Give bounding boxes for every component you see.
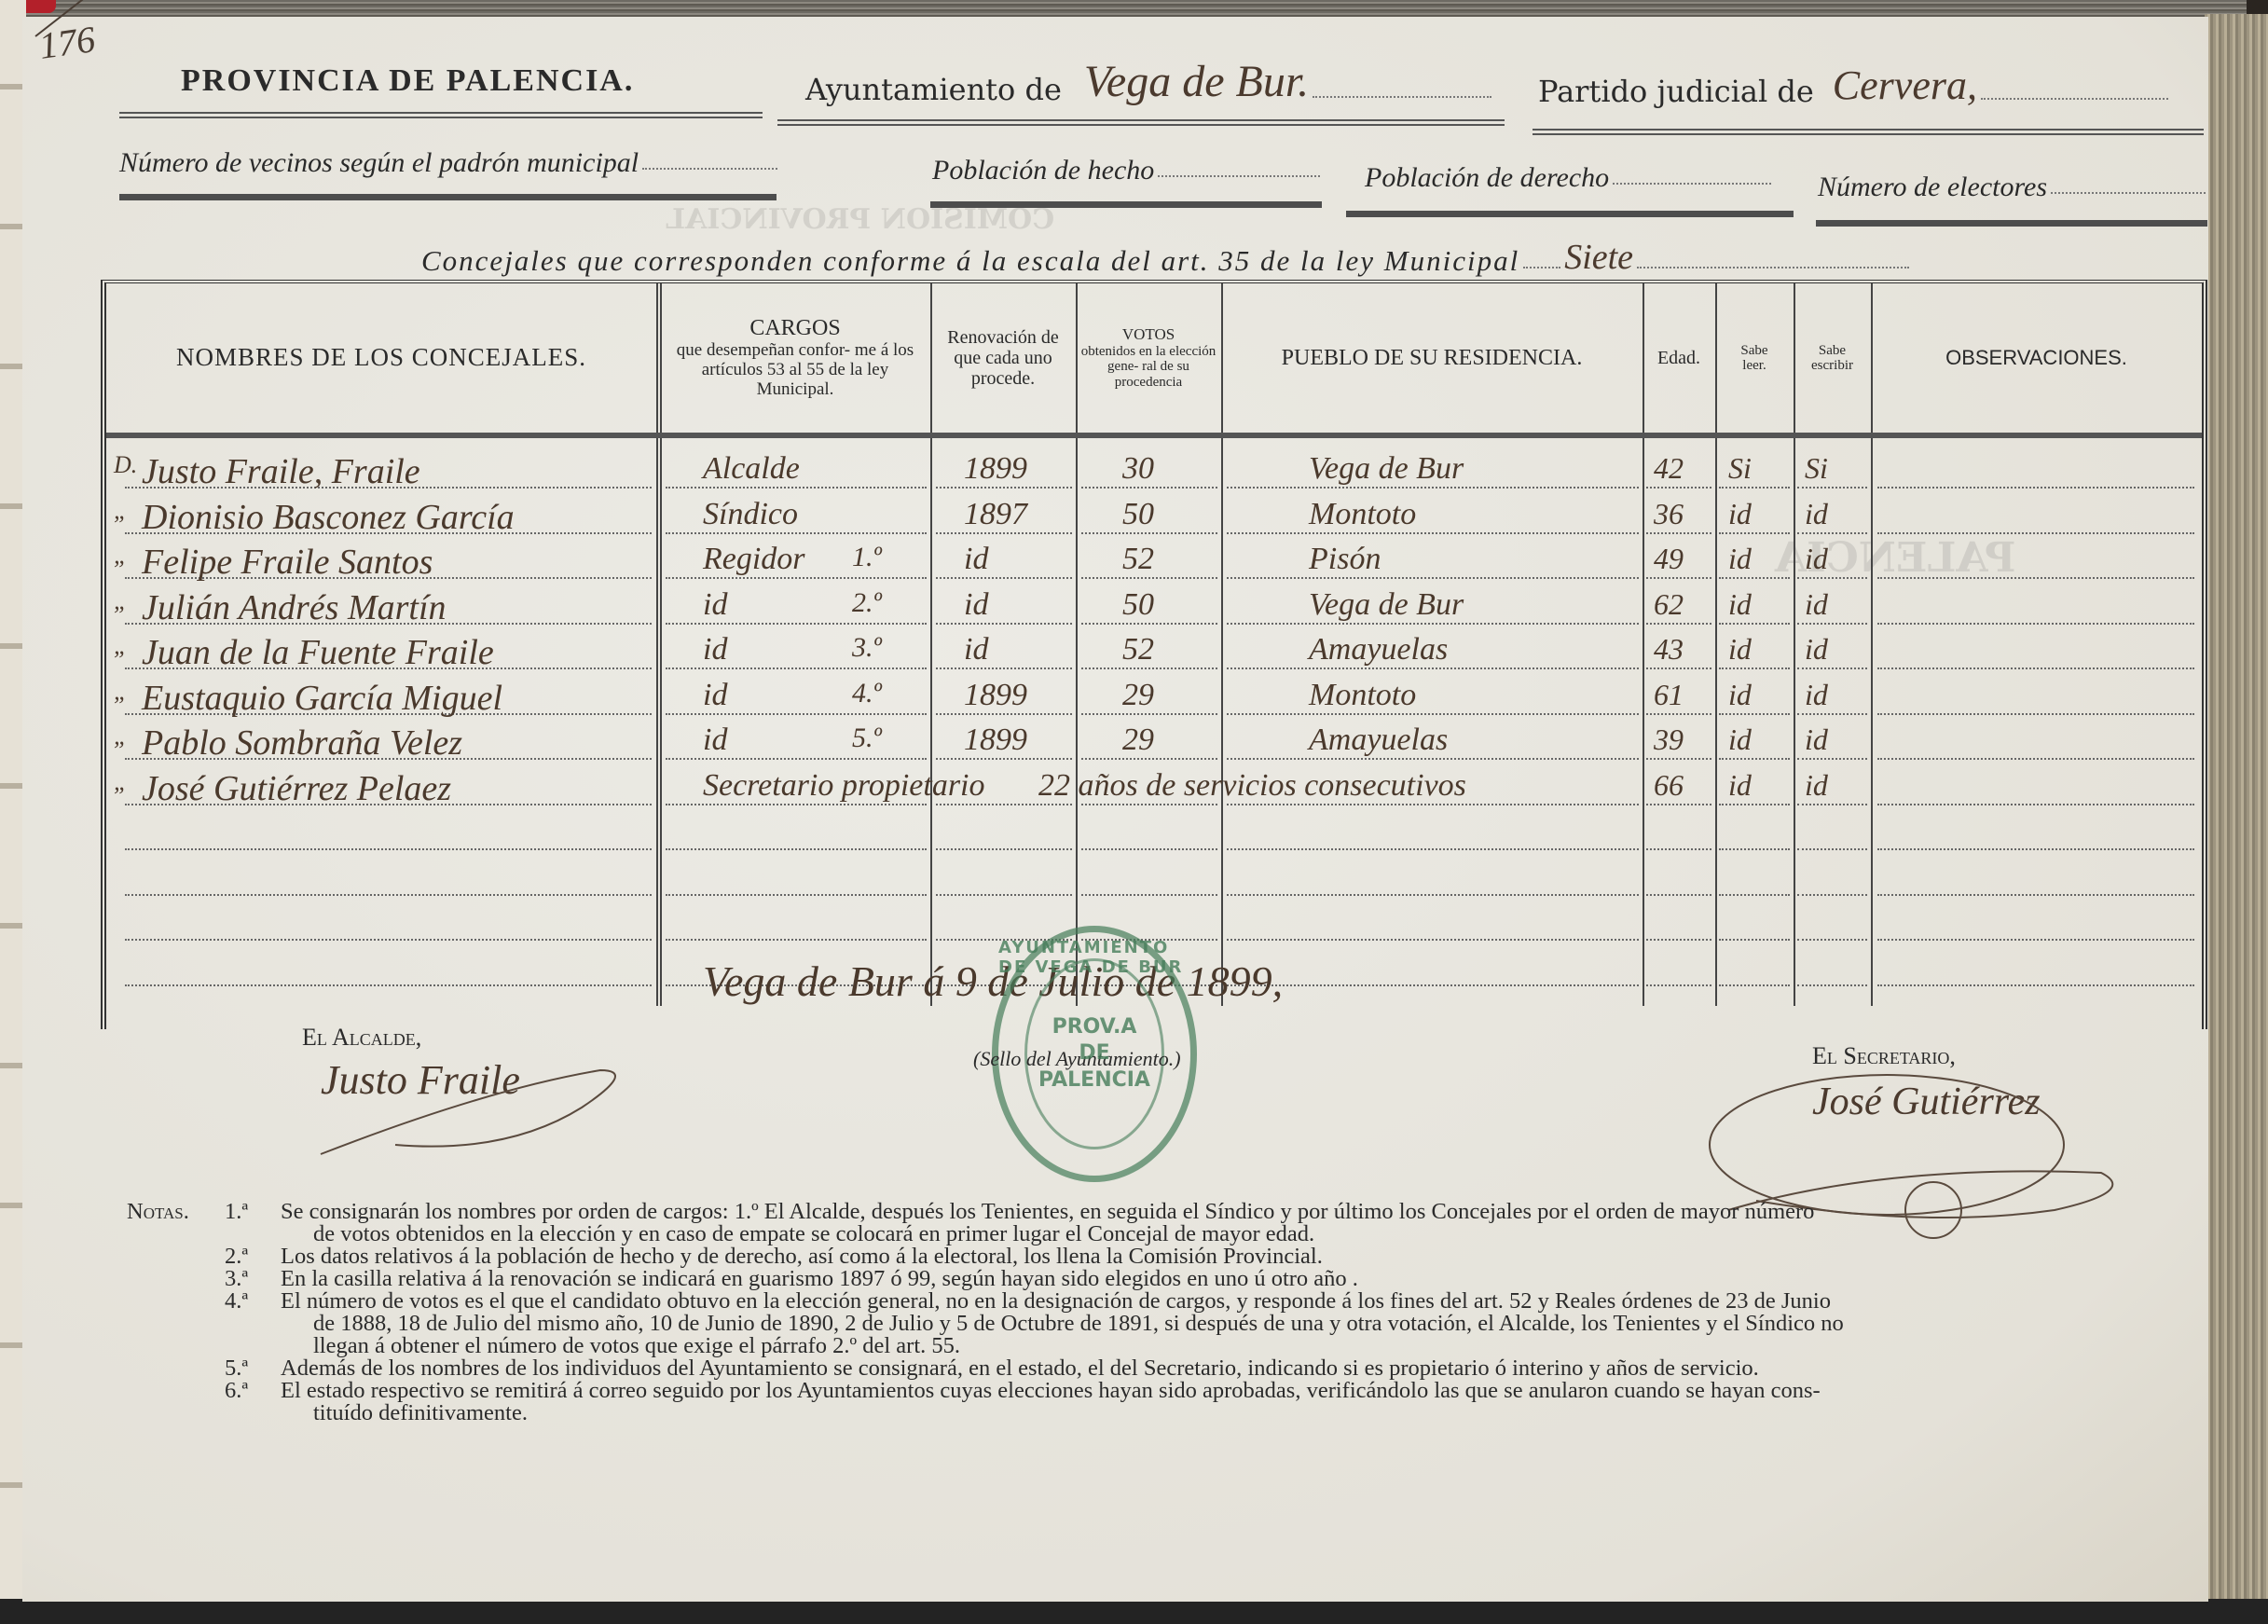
dotted-row-line [1646, 894, 1711, 896]
dotted-row-line [1877, 804, 2194, 805]
note-text: El número de votos es el que el candidat… [281, 1290, 2234, 1313]
ayuntamiento-label: Ayuntamiento de [805, 72, 1062, 107]
dotted-row-line [1719, 848, 1790, 850]
table-cell-renovacion: 1899 [964, 451, 1027, 487]
book-scan: COMISION PROVINCIAL PALENCIA 176 PROVINC… [0, 0, 2268, 1624]
dotted-leader [1637, 267, 1909, 268]
header-cargos-title: CARGOS [749, 316, 840, 340]
table-cell-leer: id [1728, 723, 1752, 757]
table-cell-escribir: id [1805, 723, 1828, 757]
rule [1533, 129, 2204, 135]
table-cell-prefix: „ [114, 632, 127, 660]
dotted-row-line [666, 487, 927, 489]
table-cell-nombre: Eustaquio García Miguel [142, 678, 502, 719]
concejales-table: NOMBRES DE LOS CONCEJALES. CARGOS que de… [101, 280, 2207, 1029]
note-item: 6.ªEl estado respectivo se remitirá á co… [127, 1380, 2234, 1402]
table-cell-leer: id [1728, 587, 1752, 622]
notes-heading [127, 1246, 225, 1268]
table-cell-edad: 42 [1654, 451, 1684, 486]
dotted-row-line [1877, 758, 2194, 760]
note-item: 3.ªEn la casilla relativa á la renovació… [127, 1268, 2234, 1290]
table-cell-pueblo: Pisón [1309, 542, 1381, 577]
dotted-row-line [1081, 804, 1217, 805]
stamp-line: PALENCIA [1038, 1067, 1150, 1094]
province-label: PROVINCIA DE PALENCIA. [181, 63, 634, 99]
table-cell-edad: 61 [1654, 678, 1684, 712]
table-cell-pueblo: Montoto [1309, 678, 1416, 713]
dotted-row-line [1877, 984, 2194, 986]
dotted-row-line [936, 894, 1072, 896]
table-cell-nombre: José Gutiérrez Pelaez [142, 768, 451, 809]
date-line: Vega de Bur á 9 de Julio de 1899, [703, 957, 1283, 1006]
dotted-row-line [1797, 984, 1867, 986]
dotted-row-line [1227, 848, 1639, 850]
table-cell-prefix: „ [114, 678, 127, 706]
dotted-row-line [1081, 532, 1217, 534]
dotted-leader [1523, 267, 1560, 268]
table-cell-pueblo: Vega de Bur [1309, 451, 1464, 487]
note-text: En la casilla relativa á la renovación s… [281, 1268, 2234, 1290]
dotted-row-line [936, 804, 1072, 805]
dotted-row-line [1081, 848, 1217, 850]
partido-label: Partido judicial de [1538, 74, 1814, 109]
dotted-leader [1981, 98, 2168, 100]
table-cell-cargo_num: 3.º [852, 632, 882, 664]
table-cell-nombre: Justo Fraile, Fraile [142, 451, 420, 492]
dotted-row-line [936, 713, 1072, 715]
dotted-row-line [936, 848, 1072, 850]
table-cell-leer: Si [1728, 451, 1752, 486]
dotted-row-line [1877, 577, 2194, 579]
dotted-row-line [1797, 623, 1867, 625]
ayuntamiento-value: Vega de Bur. [1084, 56, 1309, 107]
dotted-row-line [1797, 487, 1867, 489]
note-continuation: llegan á obtener el número de votos que … [127, 1335, 2234, 1357]
poblacion-hecho-label: Población de hecho [932, 155, 1154, 186]
dotted-row-line [1646, 532, 1711, 534]
rule [119, 112, 763, 118]
table-cell-cargo: Secretario propietario [703, 768, 985, 804]
table-cell-nombre: Dionisio Basconez García [142, 497, 515, 538]
table-cell-escribir: id [1805, 632, 1828, 667]
table-cell-leer: id [1728, 497, 1752, 531]
table-cell-renovacion: 1899 [964, 678, 1027, 713]
dotted-row-line [1719, 984, 1790, 986]
concejales-label: Concejales que corresponden conforme á l… [421, 244, 1519, 278]
table-cell-escribir: Si [1805, 451, 1828, 486]
note-item: 5.ªAdemás de los nombres de los individu… [127, 1357, 2234, 1380]
dotted-row-line [1797, 939, 1867, 941]
dotted-row-line [1646, 667, 1711, 669]
header-votos-title: VOTOS [1122, 326, 1175, 344]
dotted-row-line [1081, 667, 1217, 669]
note-number: 2.ª [225, 1246, 281, 1268]
dotted-row-line [1877, 623, 2194, 625]
table-cell-leer: id [1728, 632, 1752, 667]
dotted-leader [1613, 183, 1771, 185]
dotted-leader [2051, 192, 2206, 194]
alcalde-flourish-icon [302, 1052, 638, 1163]
stamp-ring-text: AYUNTAMIENTO DE VEGA DE BUR [998, 938, 1190, 977]
note-number: 6.ª [225, 1380, 281, 1402]
dotted-row-line [1227, 487, 1639, 489]
dotted-row-line [1719, 894, 1790, 896]
stamp-center: PROV.A DE PALENCIA [1038, 1014, 1150, 1094]
dotted-row-line [936, 532, 1072, 534]
notes-heading [127, 1268, 225, 1290]
poblacion-derecho-label: Población de derecho [1365, 162, 1609, 194]
dotted-row-line [1719, 667, 1790, 669]
notes-heading: Notas. [127, 1201, 225, 1223]
note-item: 2.ªLos datos relativos á la población de… [127, 1246, 2234, 1268]
header-rule [106, 433, 2202, 438]
dotted-row-line [1227, 758, 1639, 760]
dotted-row-line [1081, 487, 1217, 489]
note-item: 4.ªEl número de votos es el que el candi… [127, 1290, 2234, 1313]
dotted-row-line [125, 848, 652, 850]
header-votos: VOTOS obtenidos en la elección gene- ral… [1076, 283, 1221, 433]
table-cell-cargo: id [703, 678, 727, 713]
table-cell-renovacion: 22 años de servicios consecutivos [1038, 768, 1466, 804]
dotted-row-line [936, 623, 1072, 625]
dotted-row-line [1877, 487, 2194, 489]
dotted-row-line [666, 577, 927, 579]
table-cell-cargo_num: 1.º [852, 542, 882, 573]
dotted-row-line [1719, 487, 1790, 489]
note-number: 5.ª [225, 1357, 281, 1380]
dotted-leader [642, 168, 777, 170]
dotted-row-line [1646, 848, 1711, 850]
dotted-row-line [936, 487, 1072, 489]
dotted-row-line [666, 667, 927, 669]
table-cell-votos: 52 [1122, 542, 1154, 577]
table-cell-prefix: „ [114, 723, 127, 750]
dotted-row-line [936, 667, 1072, 669]
rule [119, 194, 777, 200]
table-cell-nombre: Felipe Fraile Santos [142, 542, 433, 583]
dotted-row-line [1797, 577, 1867, 579]
table-cell-leer: id [1728, 768, 1752, 803]
table-cell-escribir: id [1805, 542, 1828, 576]
table-cell-leer: id [1728, 678, 1752, 712]
dotted-row-line [1081, 894, 1217, 896]
table-cell-cargo_num: 2.º [852, 587, 882, 619]
dotted-row-line [1227, 804, 1639, 805]
table-cell-cargo: Alcalde [703, 451, 800, 487]
table-cell-prefix: „ [114, 497, 127, 525]
dotted-row-line [1646, 984, 1711, 986]
table-cell-pueblo: Amayuelas [1309, 632, 1448, 667]
province-title: PROVINCIA DE PALENCIA. [181, 63, 634, 99]
table-cell-prefix: „ [114, 768, 127, 796]
dotted-row-line [1877, 848, 2194, 850]
table-cell-leer: id [1728, 542, 1752, 576]
ayuntamiento-field: Ayuntamiento de Vega de Bur. [805, 56, 1495, 107]
note-text: El estado respectivo se remitirá á corre… [281, 1380, 2234, 1402]
header-observaciones: OBSERVACIONES. [1871, 283, 2202, 433]
folio-number: 176 [36, 17, 98, 68]
dotted-row-line [936, 758, 1072, 760]
table-cell-edad: 43 [1654, 632, 1684, 667]
dotted-row-line [1227, 532, 1639, 534]
header-edad: Edad. [1643, 283, 1715, 433]
dotted-row-line [1877, 894, 2194, 896]
notes-section: Notas.1.ªSe consignarán los nombres por … [127, 1201, 2234, 1424]
dotted-row-line [1797, 758, 1867, 760]
dotted-row-line [1877, 667, 2194, 669]
partido-value: Cervera, [1833, 62, 1977, 109]
note-number: 3.ª [225, 1268, 281, 1290]
table-cell-edad: 62 [1654, 587, 1684, 622]
table-cell-nombre: Julián Andrés Martín [142, 587, 447, 628]
note-continuation: de 1888, 18 de Julio del mismo año, 10 d… [127, 1313, 2234, 1335]
vecinos-field: Número de vecinos según el padrón munici… [119, 147, 781, 179]
table-cell-prefix: „ [114, 587, 127, 615]
table-cell-cargo: id [703, 632, 727, 667]
partido-field: Partido judicial de Cervera, [1538, 62, 2172, 109]
dotted-row-line [1877, 939, 2194, 941]
note-text: Se consignarán los nombres por orden de … [281, 1201, 2234, 1223]
dotted-leader [1313, 96, 1491, 98]
dotted-row-line [125, 894, 652, 896]
note-continuation: de votos obtenidos en la elección y en c… [127, 1223, 2234, 1246]
notes-heading [127, 1290, 225, 1313]
dotted-row-line [666, 713, 927, 715]
notes-heading [127, 1380, 225, 1402]
dotted-row-line [1081, 758, 1217, 760]
table-cell-edad: 36 [1654, 497, 1684, 531]
table-cell-prefix: „ [114, 542, 127, 570]
dotted-row-line [666, 848, 927, 850]
dotted-row-line [1719, 804, 1790, 805]
dotted-row-line [1797, 804, 1867, 805]
dotted-row-line [1227, 894, 1639, 896]
concejales-value: Siete [1564, 237, 1633, 278]
table-cell-cargo: id [703, 723, 727, 758]
table-cell-renovacion: id [964, 542, 988, 577]
dotted-row-line [1646, 758, 1711, 760]
dotted-row-line [936, 577, 1072, 579]
note-continuation: tituído definitivamente. [127, 1402, 2234, 1424]
header-nombres: NOMBRES DE LOS CONCEJALES. [106, 283, 656, 433]
bleed-through-text: COMISION PROVINCIAL [666, 203, 1054, 236]
vecinos-label: Número de vecinos según el padrón munici… [119, 147, 639, 179]
header-sabe-escribir: Sabe escribir [1794, 283, 1871, 433]
table-cell-escribir: id [1805, 768, 1828, 803]
header-votos-sub: obtenidos en la elección gene- ral de su… [1076, 344, 1221, 391]
dotted-row-line [666, 532, 927, 534]
table-cell-cargo: Síndico [703, 497, 798, 532]
dotted-row-line [1227, 713, 1639, 715]
dotted-row-line [1719, 577, 1790, 579]
electores-label: Número de electores [1818, 172, 2047, 203]
dotted-row-line [666, 939, 927, 941]
dotted-row-line [1081, 713, 1217, 715]
electores-field: Número de electores [1818, 172, 2209, 203]
dotted-row-line [1227, 984, 1639, 986]
dotted-row-line [1081, 577, 1217, 579]
rule [1346, 211, 1794, 217]
header-renovacion: Renovación de que cada uno procede. [930, 283, 1076, 433]
stamp-line: DE [1038, 1040, 1150, 1067]
table-cell-renovacion: 1897 [964, 497, 1027, 532]
header-cargos-sub: que desempeñan confor- me á los artículo… [660, 341, 930, 400]
dotted-row-line [1719, 758, 1790, 760]
table-cell-renovacion: id [964, 632, 988, 667]
dotted-row-line [125, 939, 652, 941]
rule [1816, 220, 2207, 227]
rule [777, 119, 1505, 126]
rule [930, 201, 1322, 208]
dotted-row-line [666, 894, 927, 896]
table-cell-pueblo: Amayuelas [1309, 723, 1448, 758]
stamp-line: PROV.A [1038, 1014, 1150, 1041]
table-cell-cargo_num: 5.º [852, 723, 882, 754]
dotted-row-line [1646, 713, 1711, 715]
poblacion-hecho-field: Población de hecho [932, 155, 1324, 186]
table-cell-votos: 52 [1122, 632, 1154, 667]
table-cell-votos: 29 [1122, 678, 1154, 713]
poblacion-derecho-field: Población de derecho [1365, 162, 1775, 194]
table-cell-votos: 29 [1122, 723, 1154, 758]
table-cell-escribir: id [1805, 587, 1828, 622]
dotted-row-line [1797, 667, 1867, 669]
notes-heading [127, 1357, 225, 1380]
dotted-row-line [1877, 713, 2194, 715]
note-text: Los datos relativos á la población de he… [281, 1246, 2234, 1268]
dotted-row-line [666, 623, 927, 625]
dotted-row-line [666, 758, 927, 760]
dotted-leader [1158, 175, 1320, 177]
table-cell-nombre: Juan de la Fuente Fraile [142, 632, 494, 673]
table-cell-cargo_num: 4.º [852, 678, 882, 709]
table-cell-pueblo: Montoto [1309, 497, 1416, 532]
note-item: Notas.1.ªSe consignarán los nombres por … [127, 1201, 2234, 1223]
table-cell-cargo: id [703, 587, 727, 623]
dotted-row-line [1227, 577, 1639, 579]
dotted-row-line [1719, 623, 1790, 625]
table-cell-renovacion: 1899 [964, 723, 1027, 758]
dotted-row-line [1646, 577, 1711, 579]
dotted-row-line [1797, 894, 1867, 896]
dotted-row-line [1797, 532, 1867, 534]
table-cell-votos: 50 [1122, 587, 1154, 623]
dotted-row-line [125, 984, 652, 986]
dotted-row-line [1081, 623, 1217, 625]
dotted-row-line [1719, 713, 1790, 715]
secretario-label: El Secretario, [1812, 1042, 1956, 1070]
dotted-row-line [666, 804, 927, 805]
concejales-field: Concejales que corresponden conforme á l… [421, 237, 1913, 278]
table-cell-edad: 39 [1654, 723, 1684, 757]
column-divider [656, 283, 658, 1006]
note-number: 4.ª [225, 1290, 281, 1313]
note-number: 1.ª [225, 1201, 281, 1223]
table-cell-escribir: id [1805, 497, 1828, 531]
dotted-row-line [1227, 623, 1639, 625]
header-sabe-leer: Sabe leer. [1715, 283, 1794, 433]
dotted-row-line [1646, 623, 1711, 625]
document-page: COMISION PROVINCIAL PALENCIA 176 PROVINC… [22, 17, 2208, 1602]
table-cell-edad: 66 [1654, 768, 1684, 803]
dotted-row-line [1227, 667, 1639, 669]
table-cell-cargo: Regidor [703, 542, 805, 577]
table-cell-votos: 50 [1122, 497, 1154, 532]
table-cell-renovacion: id [964, 587, 988, 623]
dotted-row-line [1646, 804, 1711, 805]
header-cargos: CARGOS que desempeñan confor- me á los a… [660, 283, 930, 433]
table-cell-escribir: id [1805, 678, 1828, 712]
dotted-row-line [1797, 848, 1867, 850]
table-cell-pueblo: Vega de Bur [1309, 587, 1464, 623]
book-bottom-edge [0, 1599, 2268, 1624]
dotted-row-line [1797, 713, 1867, 715]
table-cell-prefix: D. [114, 451, 137, 479]
dotted-row-line [1719, 939, 1790, 941]
dotted-row-line [1719, 532, 1790, 534]
table-cell-nombre: Pablo Sombraña Velez [142, 723, 462, 764]
dotted-row-line [1227, 939, 1639, 941]
dotted-row-line [1646, 939, 1711, 941]
dotted-row-line [1877, 532, 2194, 534]
alcalde-label: El Alcalde, [302, 1024, 421, 1052]
table-cell-votos: 30 [1122, 451, 1154, 487]
note-text: Además de los nombres de los individuos … [281, 1357, 2234, 1380]
dotted-row-line [1646, 487, 1711, 489]
table-cell-edad: 49 [1654, 542, 1684, 576]
header-pueblo: PUEBLO DE SU RESIDENCIA. [1221, 283, 1643, 433]
